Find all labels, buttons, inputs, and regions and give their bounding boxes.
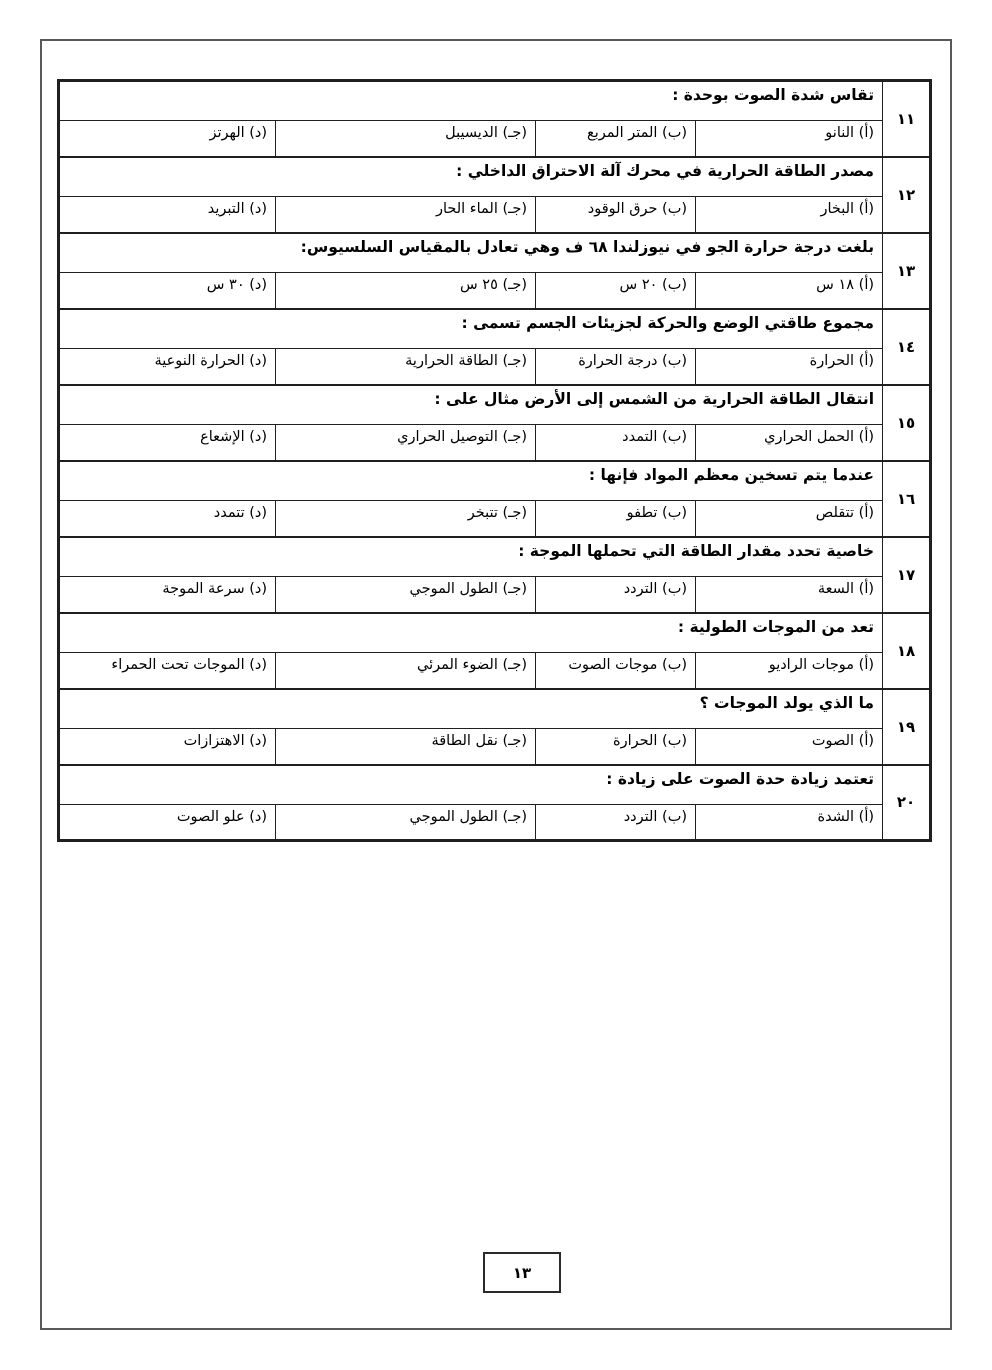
option-c: (جـ) الضوء المرئي [276, 653, 536, 689]
option-d: (د) الهرتز [59, 121, 276, 157]
options-row: (أ) موجات الراديو (ب) موجات الصوت (جـ) ا… [59, 653, 931, 689]
option-c: (جـ) الطول الموجي [276, 577, 536, 613]
option-a: (أ) موجات الراديو [696, 653, 883, 689]
option-a: (أ) الصوت [696, 729, 883, 765]
option-d: (د) الاهتزازات [59, 729, 276, 765]
document-page: { "colors": { "page_frame_border": "#595… [0, 0, 992, 1370]
option-b: (ب) المتر المربع [536, 121, 696, 157]
options-row: (أ) ١٨ س (ب) ٢٠ س (جـ) ٢٥ س (د) ٣٠ س [59, 273, 931, 309]
option-b: (ب) حرق الوقود [536, 197, 696, 233]
option-d: (د) الحرارة النوعية [59, 349, 276, 385]
question-number: ١٥ [883, 385, 931, 461]
option-d: (د) ٣٠ س [59, 273, 276, 309]
option-d: (د) الإشعاع [59, 425, 276, 461]
question-block-row: ١٢ مصدر الطاقة الحرارية في محرك آلة الاح… [59, 157, 931, 197]
question-block-row: ١٩ ما الذي يولد الموجات ؟ [59, 689, 931, 729]
question-number: ١٢ [883, 157, 931, 233]
question-text: انتقال الطاقة الحرارية من الشمس إلى الأر… [59, 385, 883, 425]
question-text: عندما يتم تسخين معظم المواد فإنها : [59, 461, 883, 501]
question-block-row: ١٥ انتقال الطاقة الحرارية من الشمس إلى ا… [59, 385, 931, 425]
option-a: (أ) ١٨ س [696, 273, 883, 309]
option-b: (ب) الحرارة [536, 729, 696, 765]
option-c: (جـ) تتبخر [276, 501, 536, 537]
questions-table: ١١ تقاس شدة الصوت بوحدة : (أ) النانو (ب)… [57, 79, 932, 842]
option-d: (د) التبريد [59, 197, 276, 233]
question-number: ١٣ [883, 233, 931, 309]
option-b: (ب) درجة الحرارة [536, 349, 696, 385]
question-number: ١٦ [883, 461, 931, 537]
option-a: (أ) تتقلص [696, 501, 883, 537]
question-text: خاصية تحدد مقدار الطاقة التي تحملها المو… [59, 537, 883, 577]
options-row: (أ) تتقلص (ب) تطفو (جـ) تتبخر (د) تتمدد [59, 501, 931, 537]
question-text: مجموع طاقتي الوضع والحركة لجزيئات الجسم … [59, 309, 883, 349]
option-d: (د) الموجات تحت الحمراء [59, 653, 276, 689]
option-d: (د) سرعة الموجة [59, 577, 276, 613]
options-row: (أ) السعة (ب) التردد (جـ) الطول الموجي (… [59, 577, 931, 613]
question-block-row: ١٨ تعد من الموجات الطولية : [59, 613, 931, 653]
question-number: ١١ [883, 81, 931, 157]
question-text: تعتمد زيادة حدة الصوت على زيادة : [59, 765, 883, 805]
option-a: (أ) الحرارة [696, 349, 883, 385]
question-number: ١٧ [883, 537, 931, 613]
options-row: (أ) الصوت (ب) الحرارة (جـ) نقل الطاقة (د… [59, 729, 931, 765]
page-number-label: ١٣ [513, 1264, 531, 1282]
option-c: (جـ) نقل الطاقة [276, 729, 536, 765]
question-block-row: ١٣ بلغت درجة حرارة الجو في نيوزلندا ٦٨ ف… [59, 233, 931, 273]
question-block-row: ١٤ مجموع طاقتي الوضع والحركة لجزيئات الج… [59, 309, 931, 349]
option-a: (أ) الشدة [696, 805, 883, 841]
option-b: (ب) التردد [536, 577, 696, 613]
option-a: (أ) السعة [696, 577, 883, 613]
option-a: (أ) البخار [696, 197, 883, 233]
option-b: (ب) التمدد [536, 425, 696, 461]
page-number-box: ١٣ [483, 1252, 561, 1293]
options-row: (أ) الحرارة (ب) درجة الحرارة (جـ) الطاقة… [59, 349, 931, 385]
option-d: (د) تتمدد [59, 501, 276, 537]
question-text: تعد من الموجات الطولية : [59, 613, 883, 653]
question-text: تقاس شدة الصوت بوحدة : [59, 81, 883, 121]
question-text: ما الذي يولد الموجات ؟ [59, 689, 883, 729]
option-c: (جـ) الطول الموجي [276, 805, 536, 841]
option-a: (أ) النانو [696, 121, 883, 157]
option-c: (جـ) الطاقة الحرارية [276, 349, 536, 385]
options-row: (أ) النانو (ب) المتر المربع (جـ) الديسيب… [59, 121, 931, 157]
question-block-row: ١٦ عندما يتم تسخين معظم المواد فإنها : [59, 461, 931, 501]
question-number: ١٨ [883, 613, 931, 689]
question-block-row: ٢٠ تعتمد زيادة حدة الصوت على زيادة : [59, 765, 931, 805]
question-text: بلغت درجة حرارة الجو في نيوزلندا ٦٨ ف وه… [59, 233, 883, 273]
options-row: (أ) البخار (ب) حرق الوقود (جـ) الماء الح… [59, 197, 931, 233]
option-b: (ب) موجات الصوت [536, 653, 696, 689]
question-number: ١٤ [883, 309, 931, 385]
question-number: ١٩ [883, 689, 931, 765]
option-b: (ب) التردد [536, 805, 696, 841]
option-c: (جـ) التوصيل الحراري [276, 425, 536, 461]
options-row: (أ) الحمل الحراري (ب) التمدد (جـ) التوصي… [59, 425, 931, 461]
options-row: (أ) الشدة (ب) التردد (جـ) الطول الموجي (… [59, 805, 931, 841]
option-c: (جـ) الديسيبل [276, 121, 536, 157]
question-block-row: ١٧ خاصية تحدد مقدار الطاقة التي تحملها ا… [59, 537, 931, 577]
option-d: (د) علو الصوت [59, 805, 276, 841]
option-b: (ب) تطفو [536, 501, 696, 537]
option-b: (ب) ٢٠ س [536, 273, 696, 309]
option-c: (جـ) الماء الحار [276, 197, 536, 233]
option-c: (جـ) ٢٥ س [276, 273, 536, 309]
question-block-row: ١١ تقاس شدة الصوت بوحدة : [59, 81, 931, 121]
option-a: (أ) الحمل الحراري [696, 425, 883, 461]
question-number: ٢٠ [883, 765, 931, 841]
question-text: مصدر الطاقة الحرارية في محرك آلة الاحترا… [59, 157, 883, 197]
